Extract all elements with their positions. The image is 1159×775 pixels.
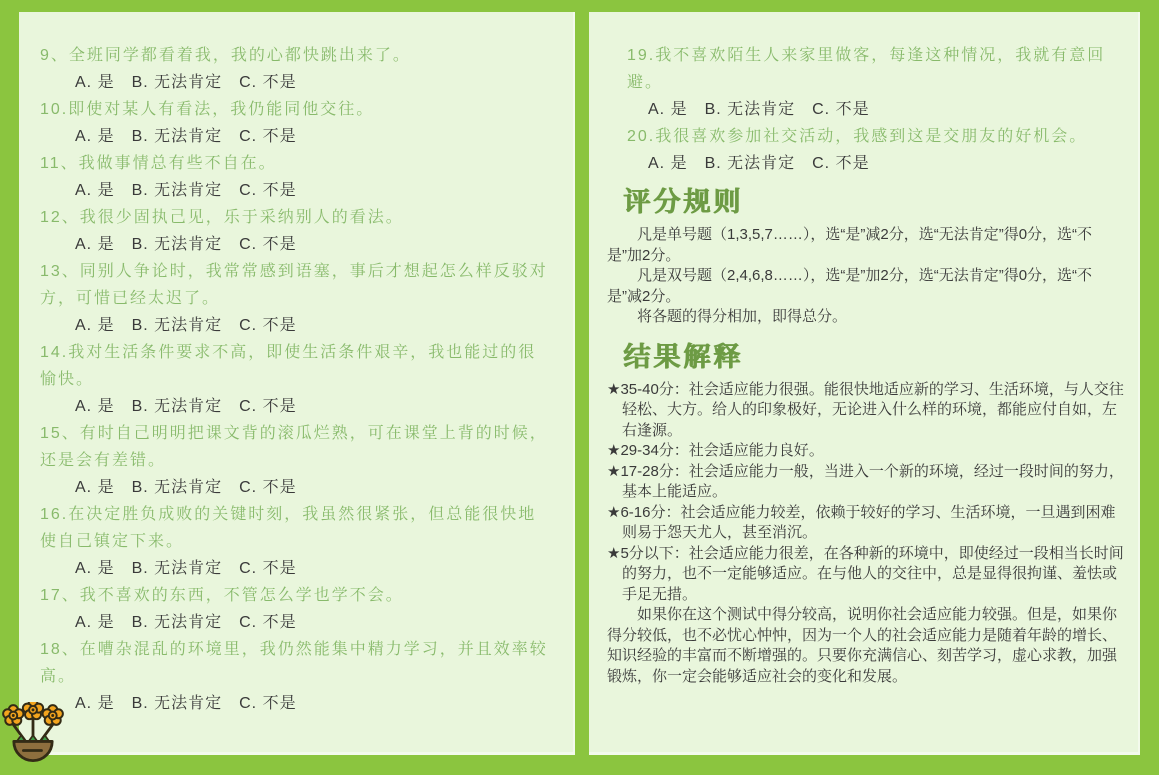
question-item: 20.我很喜欢参加社交活动，我感到这是交朋友的好机会。 A. 是 B. 无法肯定… bbox=[607, 123, 1124, 177]
pot bbox=[14, 741, 52, 760]
answer-options: A. 是 B. 无法肯定 C. 不是 bbox=[607, 150, 1124, 177]
scoring-rules: 凡是单号题（1,3,5,7……），选“是”减2分，选“无法肯定”得0分，选“不是… bbox=[607, 225, 1124, 328]
question-item: 17、我不喜欢的东西，不管怎么学也学不会。 A. 是 B. 无法肯定 C. 不是 bbox=[40, 582, 551, 636]
question-text: 9、全班同学都看着我，我的心都快跳出来了。 bbox=[40, 42, 551, 69]
result-item: ★17-28分：社会适应能力一般，当进入一个新的环境，经过一段时间的努力，基本上… bbox=[607, 462, 1124, 503]
answer-options: A. 是 B. 无法肯定 C. 不是 bbox=[40, 231, 551, 258]
question-item: 14.我对生活条件要求不高，即使生活条件艰辛，我也能过的很愉快。 A. 是 B.… bbox=[40, 339, 551, 420]
scoring-rule: 将各题的得分相加，即得总分。 bbox=[607, 307, 1124, 328]
result-footer: 如果你在这个测试中得分较高，说明你社会适应能力较强。但是，如果你得分较低，也不必… bbox=[607, 605, 1124, 687]
section-title-result-interpretation: 结果解释 bbox=[623, 340, 1124, 374]
question-text: 10.即使对某人有看法，我仍能同他交往。 bbox=[40, 96, 551, 123]
answer-options: A. 是 B. 无法肯定 C. 不是 bbox=[40, 690, 551, 717]
question-text: 14.我对生活条件要求不高，即使生活条件艰辛，我也能过的很愉快。 bbox=[40, 339, 551, 393]
question-item: 15、有时自己明明把课文背的滚瓜烂熟，可在课堂上背的时候，还是会有差错。 A. … bbox=[40, 420, 551, 501]
answer-options: A. 是 B. 无法肯定 C. 不是 bbox=[40, 69, 551, 96]
question-text: 19.我不喜欢陌生人来家里做客，每逢这种情况，我就有意回避。 bbox=[627, 42, 1124, 96]
result-interpretation: ★35-40分：社会适应能力很强。能很快地适应新的学习、生活环境，与人交往轻松、… bbox=[607, 380, 1124, 688]
answer-options: A. 是 B. 无法肯定 C. 不是 bbox=[40, 555, 551, 582]
left-page: 9、全班同学都看着我，我的心都快跳出来了。 A. 是 B. 无法肯定 C. 不是… bbox=[19, 12, 575, 755]
answer-options: A. 是 B. 无法肯定 C. 不是 bbox=[40, 393, 551, 420]
result-item: ★35-40分：社会适应能力很强。能很快地适应新的学习、生活环境，与人交往轻松、… bbox=[607, 380, 1124, 442]
question-text: 13、同别人争论时，我常常感到语塞，事后才想起怎么样反驳对方，可惜已经太迟了。 bbox=[40, 258, 551, 312]
answer-options: A. 是 B. 无法肯定 C. 不是 bbox=[40, 474, 551, 501]
question-item: 18、在嘈杂混乱的环境里，我仍然能集中精力学习，并且效率较高。 A. 是 B. … bbox=[40, 636, 551, 717]
question-text: 18、在嘈杂混乱的环境里，我仍然能集中精力学习，并且效率较高。 bbox=[40, 636, 551, 690]
question-item: 13、同别人争论时，我常常感到语塞，事后才想起怎么样反驳对方，可惜已经太迟了。 … bbox=[40, 258, 551, 339]
question-item: 16.在决定胜负成败的关键时刻，我虽然很紧张，但总能很快地使自己镇定下来。 A.… bbox=[40, 501, 551, 582]
question-text: 16.在决定胜负成败的关键时刻，我虽然很紧张，但总能很快地使自己镇定下来。 bbox=[40, 501, 551, 555]
question-text: 12、我很少固执己见，乐于采纳别人的看法。 bbox=[40, 204, 551, 231]
question-item: 12、我很少固执己见，乐于采纳别人的看法。 A. 是 B. 无法肯定 C. 不是 bbox=[40, 204, 551, 258]
answer-options: A. 是 B. 无法肯定 C. 不是 bbox=[40, 312, 551, 339]
question-text: 11、我做事情总有些不自在。 bbox=[40, 150, 551, 177]
question-item: 9、全班同学都看着我，我的心都快跳出来了。 A. 是 B. 无法肯定 C. 不是 bbox=[40, 42, 551, 96]
question-text: 20.我很喜欢参加社交活动，我感到这是交朋友的好机会。 bbox=[627, 123, 1124, 150]
answer-options: A. 是 B. 无法肯定 C. 不是 bbox=[40, 123, 551, 150]
scoring-rule: 凡是单号题（1,3,5,7……），选“是”减2分，选“无法肯定”得0分，选“不是… bbox=[607, 225, 1124, 266]
answer-options: A. 是 B. 无法肯定 C. 不是 bbox=[607, 96, 1124, 123]
result-item: ★29-34分：社会适应能力良好。 bbox=[607, 441, 1124, 462]
question-item: 10.即使对某人有看法，我仍能同他交往。 A. 是 B. 无法肯定 C. 不是 bbox=[40, 96, 551, 150]
flower-pot-icon bbox=[2, 702, 64, 764]
question-text: 17、我不喜欢的东西，不管怎么学也学不会。 bbox=[40, 582, 551, 609]
right-page: 19.我不喜欢陌生人来家里做客，每逢这种情况，我就有意回避。 A. 是 B. 无… bbox=[589, 12, 1140, 755]
question-item: 19.我不喜欢陌生人来家里做客，每逢这种情况，我就有意回避。 A. 是 B. 无… bbox=[607, 42, 1124, 123]
scoring-rule: 凡是双号题（2,4,6,8……），选“是”加2分，选“无法肯定”得0分，选“不是… bbox=[607, 266, 1124, 307]
result-item: ★5分以下：社会适应能力很差，在各种新的环境中，即使经过一段相当长时间的努力，也… bbox=[607, 544, 1124, 606]
question-item: 11、我做事情总有些不自在。 A. 是 B. 无法肯定 C. 不是 bbox=[40, 150, 551, 204]
result-item: ★6-16分：社会适应能力较差，依赖于较好的学习、生活环境，一旦遇到困难则易于怨… bbox=[607, 503, 1124, 544]
answer-options: A. 是 B. 无法肯定 C. 不是 bbox=[40, 609, 551, 636]
question-text: 15、有时自己明明把课文背的滚瓜烂熟，可在课堂上背的时候，还是会有差错。 bbox=[40, 420, 551, 474]
answer-options: A. 是 B. 无法肯定 C. 不是 bbox=[40, 177, 551, 204]
page-frame: { "colors": { "frame_green": "#8bc53f", … bbox=[0, 0, 1159, 775]
section-title-scoring-rules: 评分规则 bbox=[623, 185, 1124, 219]
